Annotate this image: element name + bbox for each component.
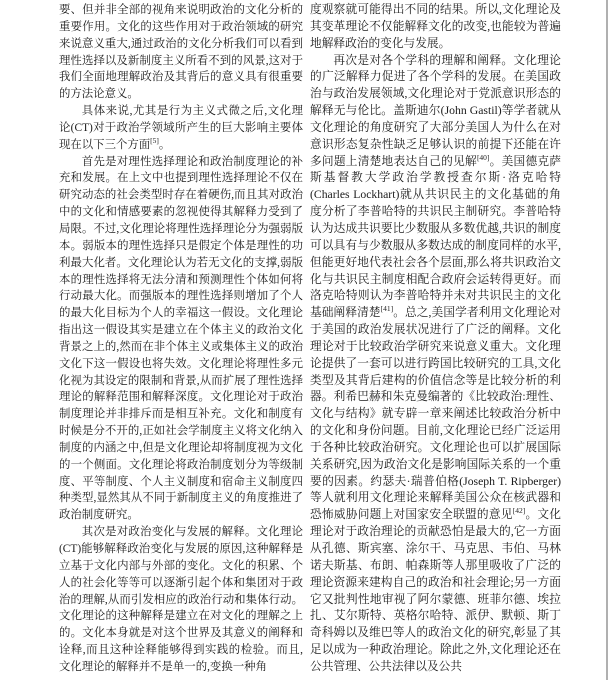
citation-marker: [40]: [477, 153, 490, 162]
paragraph: 其次是对政治变化与发展的解释。文化理论(CT)能够解释政治变化与发展的原因,这种…: [59, 524, 303, 676]
citation-marker: [41]: [381, 304, 394, 313]
paragraph: 要、但并非全部的视角来说明政治的文化分析的重要作用。文化的这些作用对于政治领域的…: [59, 2, 303, 103]
paragraph: 再次是对各个学科的理解和阐释。文化理论的广泛解释力促进了各个学科的发展。在美国政…: [310, 53, 561, 676]
scan-edge-line: [606, 0, 608, 680]
text-columns: 要、但并非全部的视角来说明政治的文化分析的重要作用。文化的这些作用对于政治领域的…: [0, 0, 610, 676]
citation-marker: [42]: [513, 506, 526, 515]
paragraph: 度观察就可能得出不同的结果。所以,文化理论及其变革理论不仅能解释文化的改变,也能…: [310, 2, 561, 53]
paragraph: 首先是对理性选择理论和政治制度理论的补充和发展。在上文中也提到理性选择理论不仅在…: [59, 154, 303, 525]
text-column-right: 度观察就可能得出不同的结果。所以,文化理论及其变革理论不仅能解释文化的改变,也能…: [310, 2, 561, 676]
scanned-document-page: 要、但并非全部的视角来说明政治的文化分析的重要作用。文化的这些作用对于政治领域的…: [0, 0, 610, 680]
citation-marker: [5]: [150, 136, 159, 145]
paragraph: 具体来说,尤其是行为主义式微之后,文化理论(CT)对于政治学领域所产生的巨大影响…: [59, 103, 303, 154]
text-column-left: 要、但并非全部的视角来说明政治的文化分析的重要作用。文化的这些作用对于政治领域的…: [59, 2, 303, 676]
